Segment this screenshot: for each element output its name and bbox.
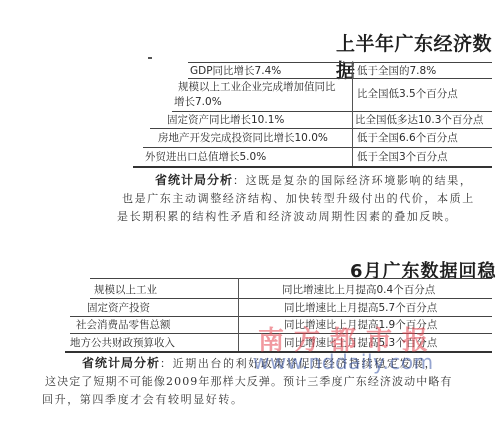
decorative-mark [148,57,152,59]
analysis2-line2: 这决定了短期不可能像2009年那样大反弹。预计三季度广东经济波动中略有 [45,373,453,390]
table2-top-border [90,278,492,279]
table1-row-value: 低于全国的7.8% [357,65,436,78]
table2-divider [90,298,492,299]
table1-row-label: 房地产开发完成投资同比增长10.0% [158,132,328,145]
table1-row-label: 外贸进出口总值增长5.0% [145,151,266,164]
table2-row-label: 固定资产投资 [87,302,150,315]
table1-divider [172,111,492,112]
table1-bottom-border [133,166,492,168]
analysis1-line1: 省统计局分析：这既是复杂的国际经济环境影响的结果， [155,172,472,189]
table1-row-value: 比全国低3.5个百分点 [357,88,458,101]
table1-row-label: 增长7.0% [174,96,222,109]
table1-divider [150,128,492,129]
table1-row-value: 比全国低多达10.3个百分点 [355,114,483,127]
table2-row-value: 同比增速比上月提高0.4个百分点 [282,284,435,297]
table2-row-label: 地方公共财政预算收入 [70,337,175,350]
table1-row-value: 低于全国6.6个百分点 [357,132,458,145]
table1-column-divider [352,62,353,166]
table1-divider [188,78,492,79]
watermark-url: www.nddaily.com [253,350,434,374]
table2-row-value: 同比增速比上月提高5.7个百分点 [284,302,437,315]
analysis2-label: 省统计局分析 [82,356,160,370]
table1-row-value: 低于全国3个百分点 [357,151,448,164]
analysis1-line3: 是长期积累的结构性矛盾和经济波动周期性因素的叠加反映。 [117,208,457,225]
analysis2-line3: 回升，第四季度才会有较明显好转。 [42,391,244,408]
table1-row-label: GDP同比增长7.4% [190,65,281,78]
table2-row-label: 社会消费品零售总额 [76,319,171,332]
analysis1-line2: 也是广东主动调整经济结构、加快转型升级付出的代价，本质上 [122,190,475,207]
table1-row-label: 规模以上工业企业完成增加值同比 [178,81,336,94]
table1-row-label: 固定资产同比增长10.1% [167,114,284,127]
table1-divider [143,147,492,148]
table2-row-label: 规模以上工业 [94,284,157,297]
table2-divider [70,316,492,317]
analysis1-label: 省统计局分析 [155,173,233,187]
section2-title: 6月广东数据回稳 [350,257,497,283]
table1-top-border [188,62,492,63]
table2-column-divider [238,278,239,351]
